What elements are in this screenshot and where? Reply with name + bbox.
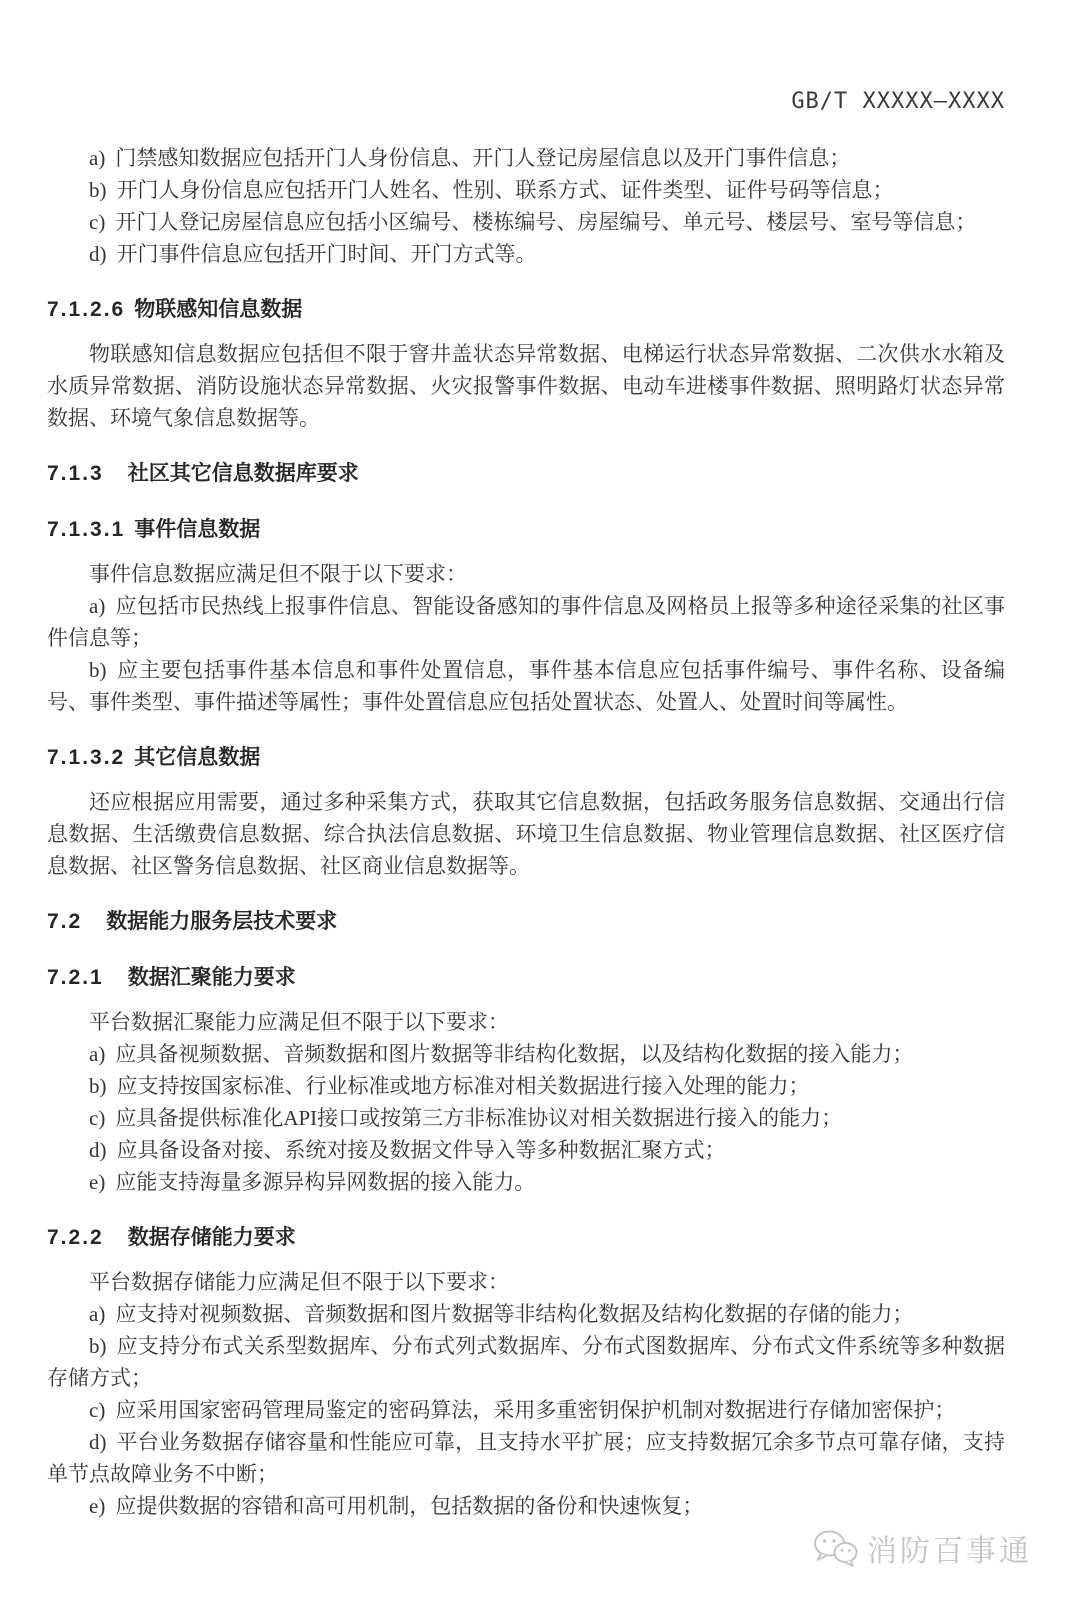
list-item: b)应支持按国家标准、行业标准或地方标准对相关数据进行接入处理的能力； xyxy=(47,1070,1005,1102)
list-marker: b) xyxy=(89,178,107,202)
list-text: 应支持按国家标准、行业标准或地方标准对相关数据进行接入处理的能力； xyxy=(117,1074,810,1098)
list-marker: b) xyxy=(89,658,107,682)
document-content: GB/T XXXXX—XXXX a)门禁感知数据应包括开门人身份信息、开门人登记… xyxy=(47,0,1005,1522)
list-item: e)应能支持海量多源异构异网数据的接入能力。 xyxy=(47,1166,1005,1198)
list-item: a)应支持对视频数据、音频数据和图片数据等非结构化数据及结构化数据的存储的能力； xyxy=(47,1298,1005,1330)
heading-number: 7.1.3 xyxy=(47,462,104,485)
standard-code-header: GB/T XXXXX—XXXX xyxy=(47,0,1005,114)
paragraph: 事件信息数据应满足但不限于以下要求： xyxy=(47,558,1005,590)
document-body: a)门禁感知数据应包括开门人身份信息、开门人登记房屋信息以及开门事件信息； b)… xyxy=(47,142,1005,1522)
heading-title: 数据能力服务层技术要求 xyxy=(106,910,337,933)
list-marker: b) xyxy=(89,1074,107,1098)
list-item: c)开门人登记房屋信息应包括小区编号、楼栋编号、房屋编号、单元号、楼层号、室号等… xyxy=(47,206,1005,238)
list-text: 平台业务数据存储容量和性能应可靠，且支持水平扩展；应支持数据冗余多节点可靠存储，… xyxy=(47,1430,1005,1486)
list-marker: d) xyxy=(89,1430,107,1454)
heading-number: 7.2 xyxy=(47,910,82,933)
paragraph: 平台数据汇聚能力应满足但不限于以下要求： xyxy=(47,1006,1005,1038)
section-heading: 7.1.3社区其它信息数据库要求 xyxy=(47,458,1005,490)
watermark: 消防百事通 xyxy=(812,1526,1032,1570)
list-text: 应采用国家密码管理局鉴定的密码算法，采用多重密钥保护机制对数据进行存储加密保护； xyxy=(115,1398,955,1422)
list-marker: a) xyxy=(89,1042,105,1066)
list-item: d)开门事件信息应包括开门时间、开门方式等。 xyxy=(47,238,1005,270)
list-item: a)应具备视频数据、音频数据和图片数据等非结构化数据，以及结构化数据的接入能力； xyxy=(47,1038,1005,1070)
list-marker: d) xyxy=(89,1138,107,1162)
list-item: d)平台业务数据存储容量和性能应可靠，且支持水平扩展；应支持数据冗余多节点可靠存… xyxy=(47,1426,1005,1490)
list-marker: d) xyxy=(89,242,107,266)
heading-number: 7.1.3.2 xyxy=(47,746,125,769)
document-page: GB/T XXXXX—XXXX a)门禁感知数据应包括开门人身份信息、开门人登记… xyxy=(0,0,1080,1598)
list-text: 开门人登记房屋信息应包括小区编号、楼栋编号、房屋编号、单元号、楼层号、室号等信息… xyxy=(115,210,976,234)
list-text: 应包括市民热线上报事件信息、智能设备感知的事件信息及网格员上报等多种途径采集的社… xyxy=(47,594,1005,650)
heading-number: 7.2.1 xyxy=(47,966,104,989)
list-text: 门禁感知数据应包括开门人身份信息、开门人登记房屋信息以及开门事件信息； xyxy=(115,146,850,170)
heading-title: 物联感知信息数据 xyxy=(134,298,302,321)
list-item: c)应具备提供标准化API接口或按第三方非标准协议对相关数据进行接入的能力； xyxy=(47,1102,1005,1134)
list-marker: c) xyxy=(89,1398,105,1422)
list-item: b)应支持分布式关系型数据库、分布式列式数据库、分布式图数据库、分布式文件系统等… xyxy=(47,1330,1005,1394)
list-text: 应支持分布式关系型数据库、分布式列式数据库、分布式图数据库、分布式文件系统等多种… xyxy=(47,1334,1005,1390)
wechat-icon xyxy=(812,1528,858,1568)
heading-number: 7.1.2.6 xyxy=(47,298,125,321)
list-item: b)应主要包括事件基本信息和事件处置信息，事件基本信息应包括事件编号、事件名称、… xyxy=(47,654,1005,718)
list-text: 应具备提供标准化API接口或按第三方非标准协议对相关数据进行接入的能力； xyxy=(115,1106,842,1130)
paragraph: 物联感知信息数据应包括但不限于窨井盖状态异常数据、电梯运行状态异常数据、二次供水… xyxy=(47,338,1005,434)
list-item: c)应采用国家密码管理局鉴定的密码算法，采用多重密钥保护机制对数据进行存储加密保… xyxy=(47,1394,1005,1426)
paragraph: 平台数据存储能力应满足但不限于以下要求： xyxy=(47,1266,1005,1298)
heading-title: 数据存储能力要求 xyxy=(128,1226,296,1249)
list-item: b)开门人身份信息应包括开门人姓名、性别、联系方式、证件类型、证件号码等信息； xyxy=(47,174,1005,206)
watermark-text: 消防百事通 xyxy=(867,1526,1032,1570)
list-text: 应能支持海量多源异构异网数据的接入能力。 xyxy=(115,1170,535,1194)
paragraph: 还应根据应用需要，通过多种采集方式，获取其它信息数据，包括政务服务信息数据、交通… xyxy=(47,786,1005,882)
heading-number: 7.2.2 xyxy=(47,1226,104,1249)
list-item: a)门禁感知数据应包括开门人身份信息、开门人登记房屋信息以及开门事件信息； xyxy=(47,142,1005,174)
list-marker: a) xyxy=(89,1302,105,1326)
list-text: 应支持对视频数据、音频数据和图片数据等非结构化数据及结构化数据的存储的能力； xyxy=(115,1302,913,1326)
section-heading: 7.1.3.1事件信息数据 xyxy=(47,514,1005,546)
heading-number: 7.1.3.1 xyxy=(47,518,125,541)
heading-title: 社区其它信息数据库要求 xyxy=(128,462,359,485)
section-heading: 7.1.2.6物联感知信息数据 xyxy=(47,294,1005,326)
list-text: 开门人身份信息应包括开门人姓名、性别、联系方式、证件类型、证件号码等信息； xyxy=(117,178,894,202)
list-text: 应具备设备对接、系统对接及数据文件导入等多种数据汇聚方式； xyxy=(117,1138,726,1162)
list-item: e)应提供数据的容错和高可用机制，包括数据的备份和快速恢复； xyxy=(47,1490,1005,1522)
list-text: 应具备视频数据、音频数据和图片数据等非结构化数据，以及结构化数据的接入能力； xyxy=(115,1042,913,1066)
section-heading: 7.2.2数据存储能力要求 xyxy=(47,1222,1005,1254)
heading-title: 数据汇聚能力要求 xyxy=(128,966,296,989)
section-heading: 7.2数据能力服务层技术要求 xyxy=(47,906,1005,938)
list-item: d)应具备设备对接、系统对接及数据文件导入等多种数据汇聚方式； xyxy=(47,1134,1005,1166)
list-marker: e) xyxy=(89,1494,105,1518)
list-text: 开门事件信息应包括开门时间、开门方式等。 xyxy=(117,242,537,266)
list-marker: b) xyxy=(89,1334,107,1358)
heading-title: 事件信息数据 xyxy=(134,518,260,541)
list-item: a)应包括市民热线上报事件信息、智能设备感知的事件信息及网格员上报等多种途径采集… xyxy=(47,590,1005,654)
list-marker: c) xyxy=(89,1106,105,1130)
heading-title: 其它信息数据 xyxy=(134,746,260,769)
list-marker: a) xyxy=(89,594,105,618)
list-marker: c) xyxy=(89,210,105,234)
list-text: 应主要包括事件基本信息和事件处置信息，事件基本信息应包括事件编号、事件名称、设备… xyxy=(47,658,1005,714)
list-text: 应提供数据的容错和高可用机制，包括数据的备份和快速恢复； xyxy=(115,1494,703,1518)
list-marker: e) xyxy=(89,1170,105,1194)
section-heading: 7.1.3.2其它信息数据 xyxy=(47,742,1005,774)
list-marker: a) xyxy=(89,146,105,170)
section-heading: 7.2.1数据汇聚能力要求 xyxy=(47,962,1005,994)
